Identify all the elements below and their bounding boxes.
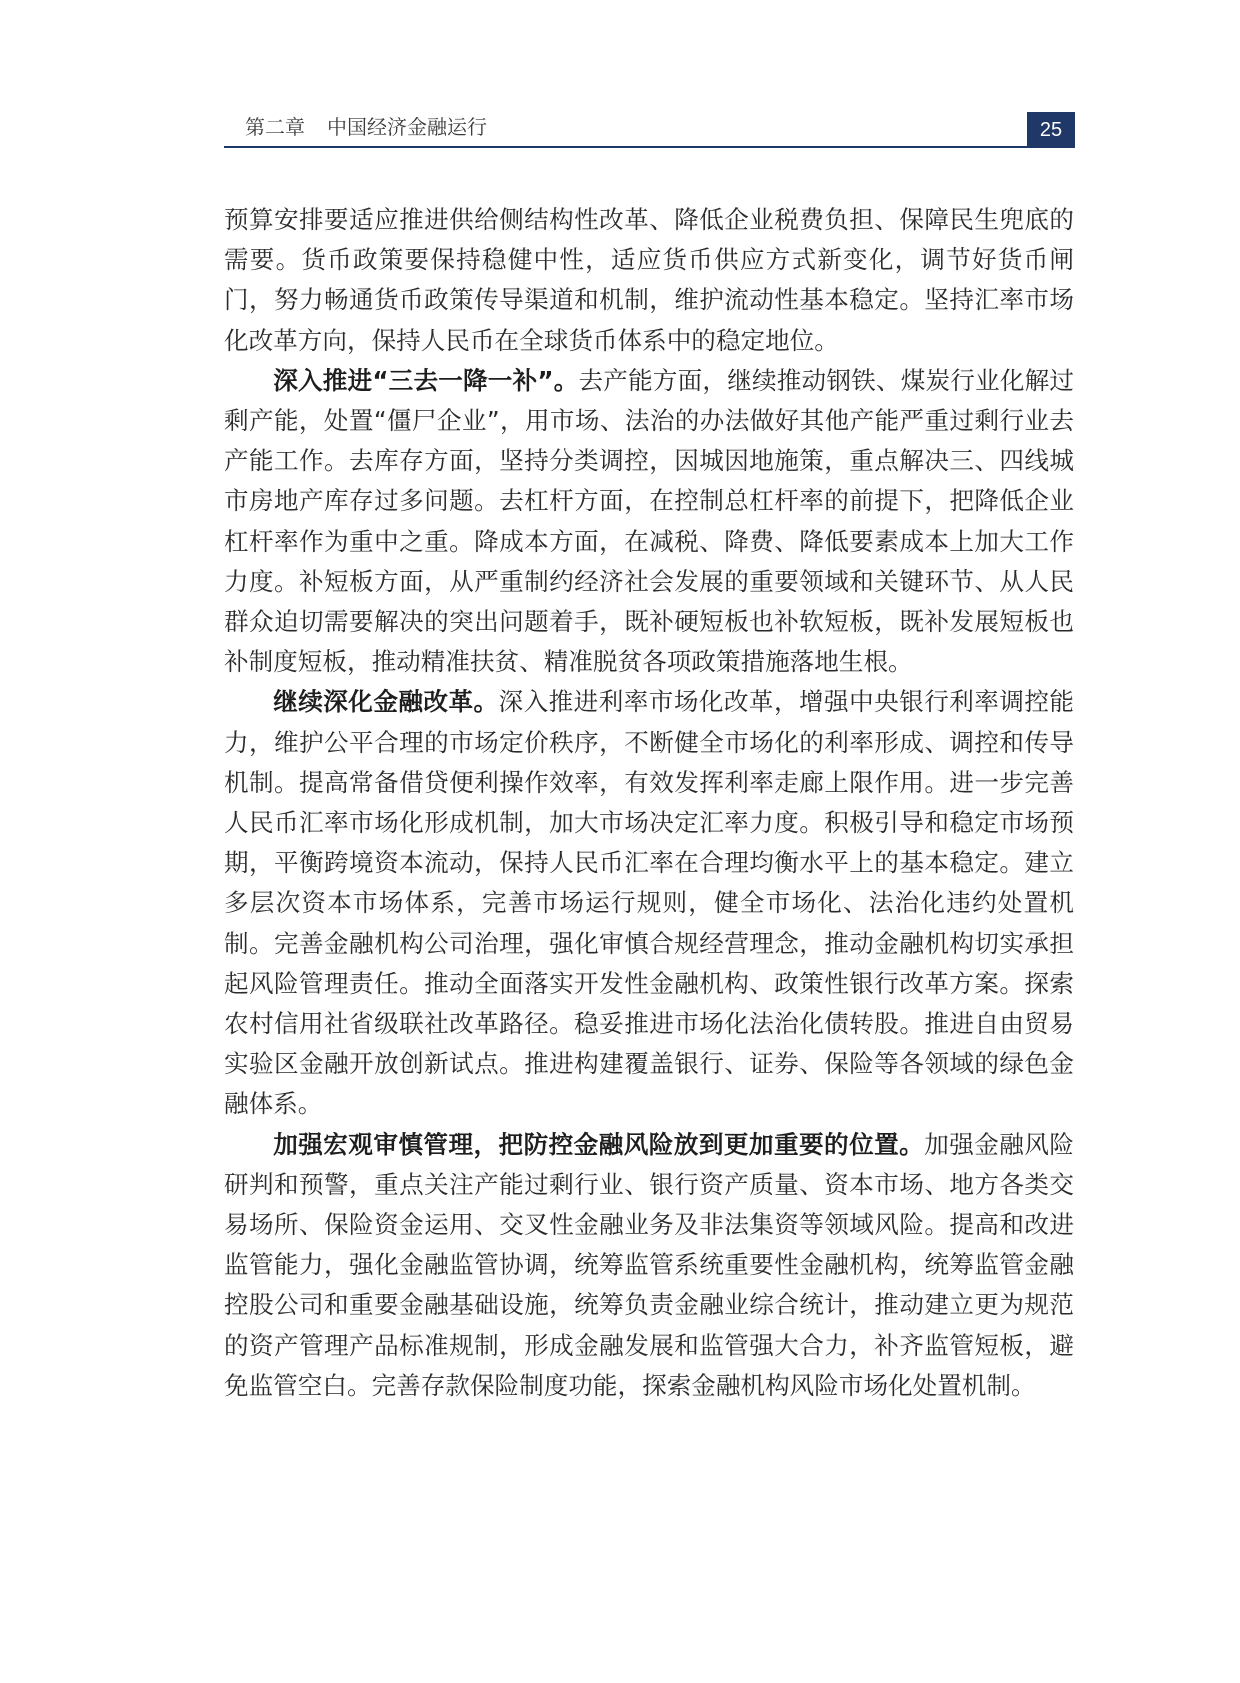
paragraph-text: 预算安排要适应推进供给侧结构性改革、降低企业税费负担、保障民生兜底的需要。货币政… — [224, 205, 1074, 355]
paragraph-three-cuts: 深入推进“三去一降一补”。去产能方面，继续推动钢铁、煤炭行业化解过剩产能，处置“… — [224, 361, 1074, 683]
header-rule — [224, 146, 1027, 148]
paragraph-lead: 继续深化金融改革。 — [273, 687, 498, 716]
paragraph-text: 深入推进利率市场化改革，增强中央银行利率调控能力，维护公平合理的市场定价秩序，不… — [224, 687, 1074, 1118]
paragraph-continued: 预算安排要适应推进供给侧结构性改革、降低企业税费负担、保障民生兜底的需要。货币政… — [224, 200, 1074, 361]
paragraph-text: 加强金融风险研判和预警，重点关注产能过剩行业、银行资产质量、资本市场、地方各类交… — [224, 1130, 1074, 1400]
chapter-title: 中国经济金融运行 — [327, 115, 487, 139]
running-head: 第二章中国经济金融运行 — [245, 114, 487, 140]
paragraph-lead: 加强宏观审慎管理，把防控金融风险放到更加重要的位置。 — [273, 1130, 924, 1159]
chapter-number: 第二章 — [245, 115, 305, 139]
page-number: 25 — [1027, 112, 1075, 148]
paragraph-macroprudential: 加强宏观审慎管理，把防控金融风险放到更加重要的位置。加强金融风险研判和预警，重点… — [224, 1125, 1074, 1406]
paragraph-lead: 深入推进“三去一降一补”。 — [273, 366, 578, 395]
paragraph-financial-reform: 继续深化金融改革。深入推进利率市场化改革，增强中央银行利率调控能力，维护公平合理… — [224, 682, 1074, 1124]
body-text: 预算安排要适应推进供给侧结构性改革、降低企业税费负担、保障民生兜底的需要。货币政… — [224, 200, 1074, 1406]
page-header: 第二章中国经济金融运行 25 — [224, 112, 1075, 148]
paragraph-text: 去产能方面，继续推动钢铁、煤炭行业化解过剩产能，处置“僵尸企业”，用市场、法治的… — [224, 366, 1074, 676]
